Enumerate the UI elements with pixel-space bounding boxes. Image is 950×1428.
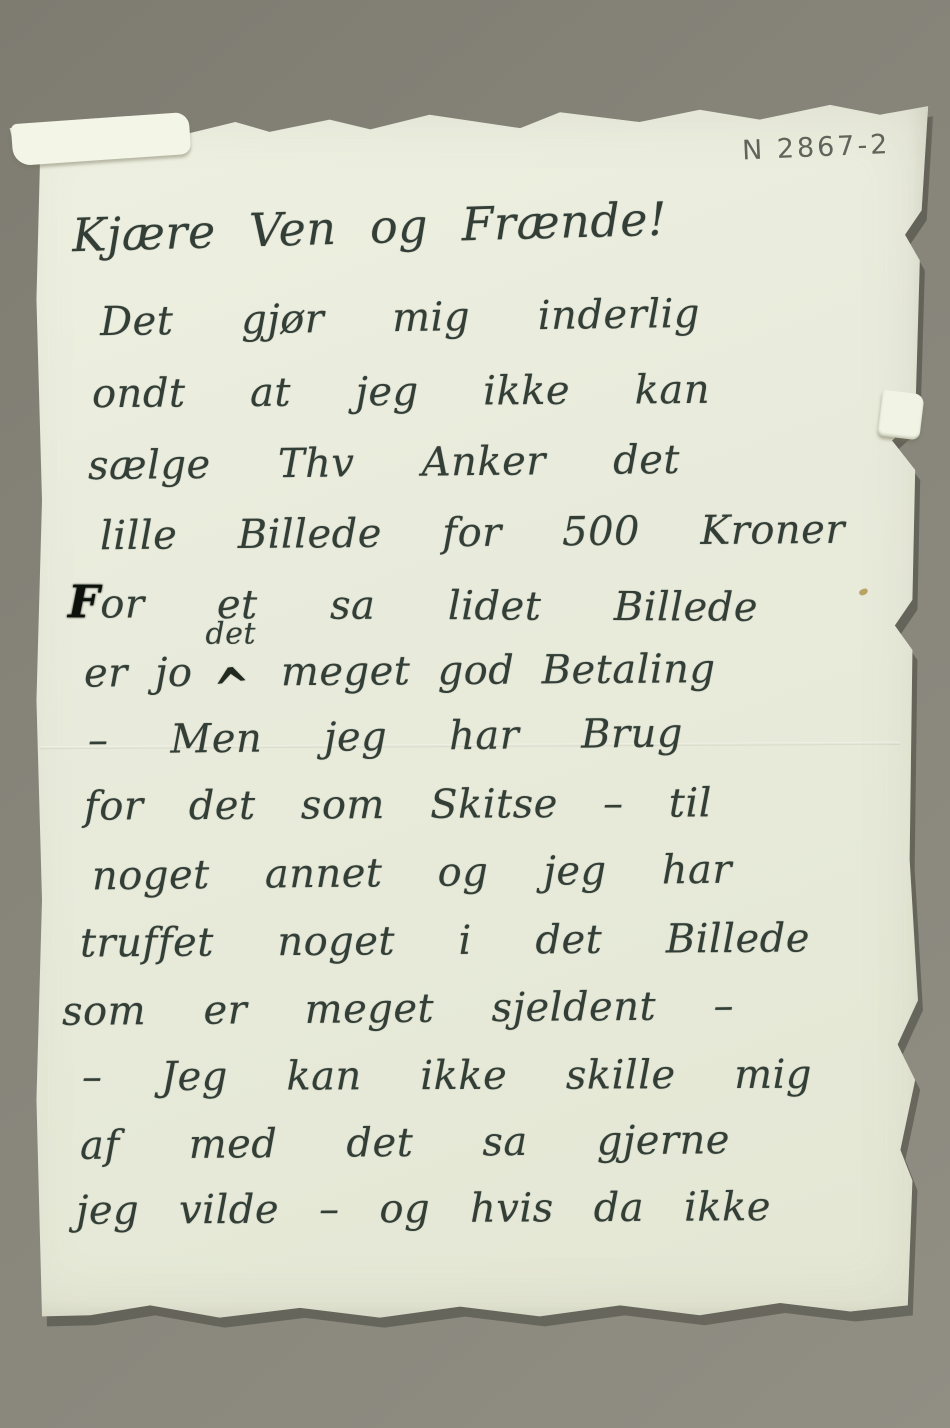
letter-line: lille Billede for 500 Kroner	[100, 508, 845, 558]
letter-line: truffet noget i det Billede	[80, 916, 810, 965]
insertion-anchor: det ^	[220, 675, 254, 685]
insertion-after: meget god Betaling	[281, 646, 716, 695]
letter-line: Det gjør mig inderlig	[100, 292, 701, 344]
letter-line: af med det sa gjerne	[80, 1118, 730, 1168]
inserted-word: det	[205, 617, 256, 650]
letter-line: for det som Skitse – til	[84, 781, 712, 828]
letter-line: jeg vilde – og hvis da ikke	[76, 1185, 771, 1233]
insertion-caret-mark: ^	[211, 658, 254, 723]
letter-line: noget annet og jeg har	[92, 848, 732, 899]
letter-line: ondt at jeg ikke kan	[92, 368, 710, 416]
insertion-before: er jo	[84, 650, 193, 697]
letter-line-with-insertion: er jo det ^ meget god Betaling	[84, 646, 828, 695]
letter-line: – Men jeg har Brug	[88, 711, 683, 762]
photo-background: N 2867-2 Kjære Ven og Frænde! Det gjør m…	[0, 0, 950, 1428]
letter-line: – Jeg kan ikke skille mig	[82, 1053, 812, 1100]
letter-line: For et sa lidet Billede	[68, 577, 758, 630]
letter-line: sælge Thv Anker det	[88, 438, 680, 488]
letter-line: som er meget sjeldent –	[62, 984, 734, 1034]
torn-edge-flap-highlight	[877, 390, 924, 441]
